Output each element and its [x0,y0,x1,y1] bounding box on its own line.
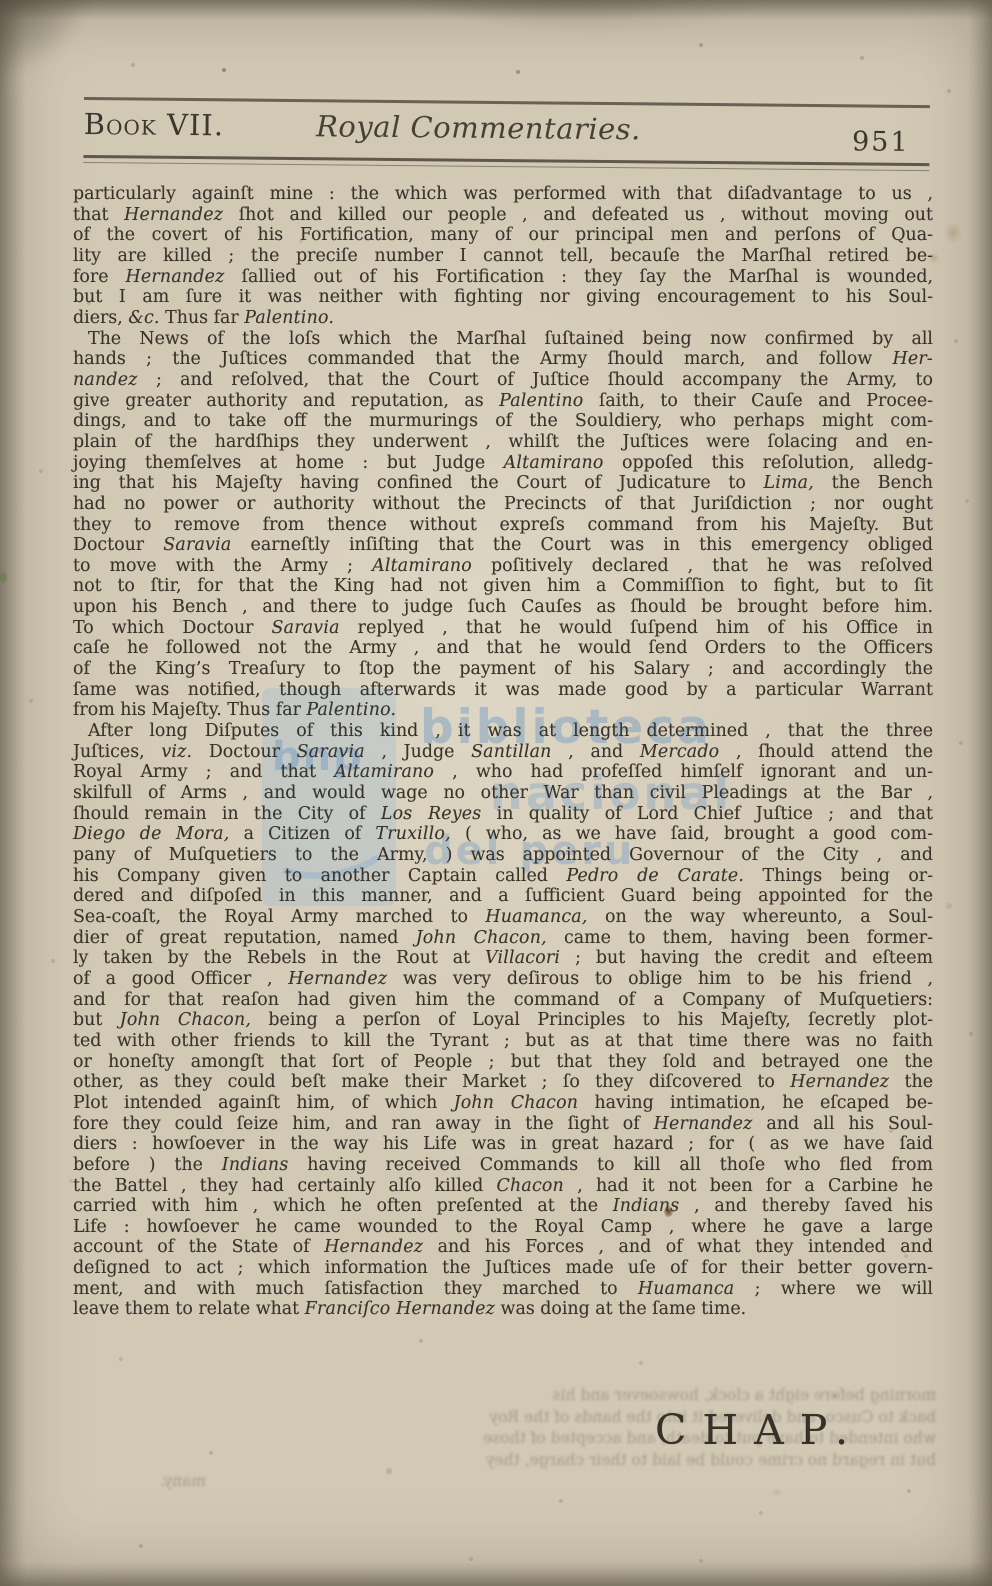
paper-stain [944,222,962,244]
text-line: his Company given to another Captain cal… [73,866,933,887]
text-line: caſe he followed not the Army , and that… [73,638,933,659]
text-line: from his Majeſty. Thus far Palentino. [73,700,933,721]
text-line: the Battel , they had certainly alſo kil… [73,1176,933,1197]
text-line: skilfull of Arms , and would wage no oth… [73,783,933,804]
page-number: 951 [852,126,910,158]
text-line: ſhould remain in the City of Los Reyes i… [73,804,933,825]
text-line: and for that reaſon had given him the co… [73,990,933,1011]
text-line: hands ; the Juſtices commanded that the … [73,349,933,370]
text-line: Plot intended againſt him, of which John… [73,1093,933,1114]
text-line: ing that his Majeſty having confined the… [73,473,933,494]
page-header: Book VII. Royal Commentaries. 951 [83,97,930,171]
text-line: dered and diſpoſed in this manner, and a… [73,886,933,907]
chapter-heading: CHAP. [655,1406,864,1454]
ink-blot [664,1206,673,1217]
showthrough-line: many. [86,1471,206,1493]
text-line: nandez ; and reſolved, that the Court of… [73,370,933,391]
text-line: but I am ſure it was neither with fighti… [73,287,933,308]
text-line: had no power or authority without the Pr… [73,494,933,515]
text-line: plain of the hardſhips they underwent , … [73,432,933,453]
text-line: give greater authority and reputation, a… [73,391,933,412]
text-line: fore Hernandez ſallied out of his Fortif… [73,267,933,288]
text-line: Doctour Saravia earneſtly inſiſting that… [73,535,933,556]
text-line: they to remove from thence without expre… [73,515,933,536]
text-line: Juſtices, viz. Doctour Saravia , Judge S… [73,742,933,763]
text-line: ly taken by the Rebels in the Rout at Vi… [73,948,933,969]
text-line: pany of Muſquetiers to the Army, ) was a… [73,845,933,866]
text-line: of the covert of his Fortification, many… [73,225,933,246]
paragraph: After long Diſputes of this kind , it wa… [73,721,933,1320]
text-line: ment, and with much ſatisfaction they ma… [73,1279,933,1300]
text-line: dier of great reputation, named John Cha… [73,928,933,949]
book-label: Book VII. [84,107,225,142]
text-line: diers : howſoever in the way his Life wa… [73,1134,933,1155]
text-line: of the King’s Treaſury to ſtop the payme… [73,659,933,680]
text-line: Diego de Mora, a Citizen of Truxillo, ( … [73,824,933,845]
text-line: or honeſty amongſt that ſort of People ;… [73,1052,933,1073]
text-line: before ) the Indians having received Com… [73,1155,933,1176]
running-title: Royal Commentaries. [316,109,641,146]
text-line: carried with him , which he often preſen… [73,1196,933,1217]
header-rule-top [84,97,930,108]
text-line: Life : howſoever he came wounded to the … [73,1217,933,1238]
green-fleck [0,572,7,583]
text-line: particularly againſt mine : the which wa… [73,184,933,205]
paragraph: particularly againſt mine : the which wa… [73,184,933,329]
text-line: The News of the loſs which the Marſhal ſ… [73,329,933,350]
book-page: bnp biblioteca nacional del peru Book VI… [0,0,992,1586]
body-text: particularly againſt mine : the which wa… [73,184,933,1320]
text-line: of a good Officer , Hernandez was very d… [73,969,933,990]
text-line: After long Diſputes of this kind , it wa… [73,721,933,742]
text-line: deſigned to act ; which information the … [73,1258,933,1279]
text-line: Sea-coaſt, the Royal Army marched to Hua… [73,907,933,928]
paper-specks [0,0,2,2]
text-line: lity are killed ; the preciſe number I c… [73,246,933,267]
text-line: other, as they could beſt make their Mar… [73,1072,933,1093]
text-line: diers, &c. Thus far Palentino. [73,308,933,329]
text-line: Royal Army ; and that Altamirano , who h… [73,762,933,783]
text-line: To which Doctour Saravia replyed , that … [73,618,933,639]
paragraph: The News of the loſs which the Marſhal ſ… [73,329,933,721]
text-line: joying themſelves at home : but Judge Al… [73,453,933,474]
text-line: upon his Bench , and there to judge ſuch… [73,597,933,618]
text-line: dings, and to take off the murmurings of… [73,411,933,432]
text-line: fore they could ſeize him, and ran away … [73,1114,933,1135]
showthrough-line: morning before eight a clock, howsoever … [270,1385,936,1407]
text-line: to move with the Army ; Altamirano poſit… [73,556,933,577]
text-line: ſame was notified, though afterwards it … [73,680,933,701]
text-line: that Hernandez ſhot and killed our peopl… [73,205,933,226]
text-line: ted with other friends to kill the Tyran… [73,1031,933,1052]
text-line: but John Chacon, being a perſon of Loyal… [73,1010,933,1031]
text-line: leave them to relate what Franciſco Hern… [73,1299,933,1320]
text-line: account of the State of Hernandez and hi… [73,1237,933,1258]
text-line: not to ſtir, for that the King had not g… [73,576,933,597]
